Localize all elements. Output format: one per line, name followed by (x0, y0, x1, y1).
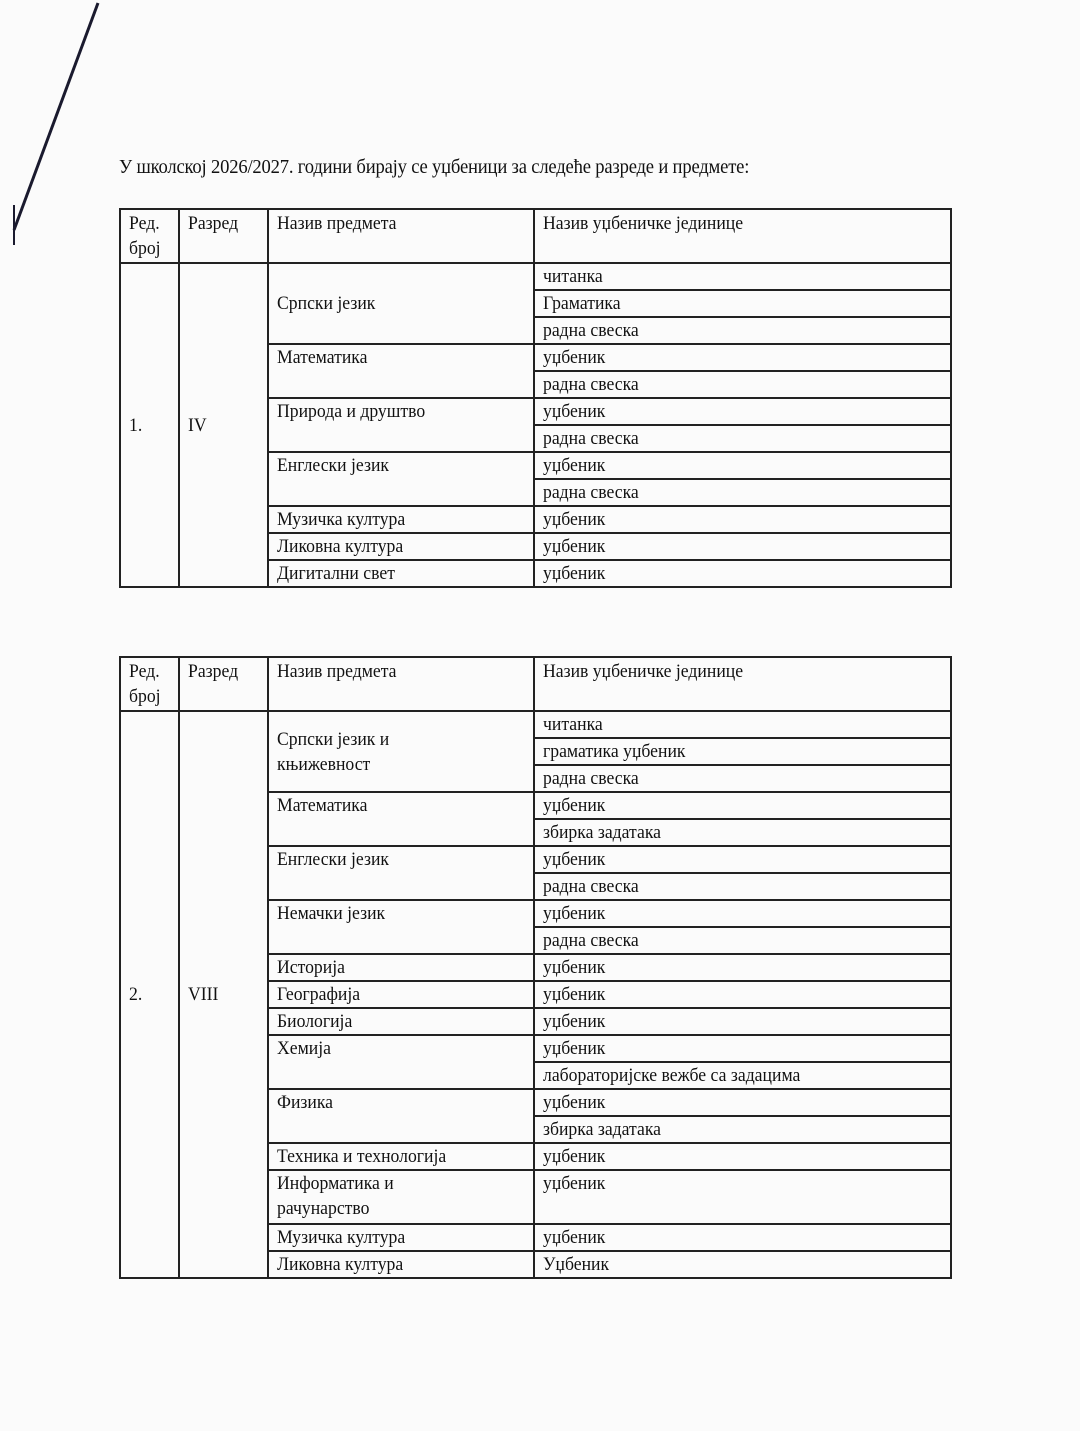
unit-name: уџбеник (543, 901, 605, 926)
subject-name: Ликовна култура (277, 534, 403, 559)
unit-cell: уџбеник (534, 1143, 951, 1170)
unit-cell: уџбеник (534, 1224, 951, 1251)
subject-cell: Хемија (268, 1035, 534, 1089)
unit-name: радна свеска (543, 426, 639, 451)
table-row: 2.VIIIСрпски језик икњижевностчитанка (120, 711, 951, 738)
subject-name: Музичка култура (277, 1225, 405, 1250)
unit-cell: радна свеска (534, 765, 951, 792)
subject-name: Дигитални свет (277, 561, 395, 586)
unit-name: радна свеска (543, 766, 639, 791)
textbook-table-grade-8: Ред.бројРазредНазив предметаНазив уџбени… (119, 656, 952, 1279)
unit-name: уџбеник (543, 1009, 605, 1034)
unit-cell: уџбеник (534, 344, 951, 371)
subject-cell: Ликовна култура (268, 533, 534, 560)
textbook-table-grade-4: Ред.бројРазредНазив предметаНазив уџбени… (119, 208, 952, 588)
unit-name: уџбеник (543, 561, 605, 586)
unit-name: радна свеска (543, 480, 639, 505)
subject-name: Природа и друштво (277, 399, 425, 424)
unit-cell: уџбеник (534, 452, 951, 479)
unit-cell: уџбеник (534, 1170, 951, 1224)
ordinal-number: 2. (129, 982, 142, 1007)
unit-cell: уџбеник (534, 1089, 951, 1116)
header-ordinal-line2: број (129, 684, 161, 709)
unit-name: уџбеник (543, 955, 605, 980)
unit-name: уџбеник (543, 847, 605, 872)
unit-name: уџбеник (543, 453, 605, 478)
grade-cell: IV (179, 263, 268, 587)
header-unit-label: Назив уџбеничке јединице (543, 659, 743, 684)
unit-name: уџбеник (543, 534, 605, 559)
unit-name: уџбеник (543, 1225, 605, 1250)
unit-name: радна свеска (543, 372, 639, 397)
subject-cell: Српски језик икњижевност (268, 711, 534, 792)
subject-cell: Енглески језик (268, 846, 534, 900)
unit-name: уџбеник (543, 1036, 605, 1061)
header-grade: Разред (179, 657, 268, 711)
subject-name: Хемија (277, 1036, 331, 1061)
pen-mark-line (0, 0, 120, 260)
header-subject: Назив предмета (268, 209, 534, 263)
header-subject-label: Назив предмета (277, 211, 397, 236)
unit-cell: уџбеник (534, 900, 951, 927)
subject-name-line2: рачунарство (277, 1196, 369, 1221)
unit-name: читанка (543, 712, 603, 737)
header-ordinal-line1: Ред. (129, 211, 160, 236)
table-row: 1.IVСрпски језикчитанка (120, 263, 951, 290)
unit-cell: збирка задатака (534, 1116, 951, 1143)
unit-name: уџбеник (543, 345, 605, 370)
unit-name: читанка (543, 264, 603, 289)
subject-cell: Дигитални свет (268, 560, 534, 587)
unit-name: уџбеник (543, 1090, 605, 1115)
subject-name-line2: књижевност (277, 752, 370, 777)
unit-name: уџбеник (543, 1144, 605, 1169)
ordinal-cell: 1. (120, 263, 179, 587)
unit-cell: збирка задатака (534, 819, 951, 846)
subject-name-line1: Информатика и (277, 1171, 394, 1196)
subject-name: Биологија (277, 1009, 352, 1034)
unit-cell: читанка (534, 263, 951, 290)
unit-cell: радна свеска (534, 371, 951, 398)
unit-name: збирка задатака (543, 1117, 661, 1142)
subject-cell: Српски језик (268, 263, 534, 344)
header-grade: Разред (179, 209, 268, 263)
subject-cell: Музичка култура (268, 1224, 534, 1251)
unit-cell: уџбеник (534, 560, 951, 587)
unit-name: уџбеник (543, 399, 605, 424)
header-grade-label: Разред (188, 211, 238, 236)
unit-name: лабораторијске вежбе са задацима (543, 1063, 800, 1088)
header-unit-label: Назив уџбеничке јединице (543, 211, 743, 236)
unit-cell: уџбеник (534, 954, 951, 981)
subject-name: Физика (277, 1090, 333, 1115)
subject-name: Историја (277, 955, 345, 980)
unit-cell: радна свеска (534, 927, 951, 954)
unit-name: граматика уџбеник (543, 739, 686, 764)
unit-name: уџбеник (543, 507, 605, 532)
header-subject: Назив предмета (268, 657, 534, 711)
subject-cell: Географија (268, 981, 534, 1008)
unit-name: уџбеник (543, 982, 605, 1007)
subject-cell: Техника и технологија (268, 1143, 534, 1170)
subject-cell: Енглески језик (268, 452, 534, 506)
unit-name: Уџбеник (543, 1252, 609, 1277)
subject-cell: Немачки језик (268, 900, 534, 954)
unit-cell: уџбеник (534, 398, 951, 425)
unit-name: радна свеска (543, 318, 639, 343)
header-unit: Назив уџбеничке јединице (534, 657, 951, 711)
header-grade-label: Разред (188, 659, 238, 684)
unit-cell: уџбеник (534, 846, 951, 873)
unit-name: радна свеска (543, 874, 639, 899)
unit-name: уџбеник (543, 1171, 605, 1196)
unit-cell: граматика уџбеник (534, 738, 951, 765)
subject-name: Математика (277, 793, 367, 818)
header-ordinal: Ред.број (120, 657, 179, 711)
subject-cell: Природа и друштво (268, 398, 534, 452)
subject-name: Ликовна култура (277, 1252, 403, 1277)
subject-name: Немачки језик (277, 901, 385, 926)
subject-cell: Ликовна култура (268, 1251, 534, 1278)
subject-cell: Историја (268, 954, 534, 981)
header-ordinal: Ред.број (120, 209, 179, 263)
grade-value: IV (188, 413, 207, 438)
unit-cell: радна свеска (534, 317, 951, 344)
unit-cell: радна свеска (534, 873, 951, 900)
subject-cell: Биологија (268, 1008, 534, 1035)
unit-cell: лабораторијске вежбе са задацима (534, 1062, 951, 1089)
ordinal-cell: 2. (120, 711, 179, 1278)
header-row: Ред.бројРазредНазив предметаНазив уџбени… (120, 209, 951, 263)
unit-cell: уџбеник (534, 981, 951, 1008)
subject-name: Музичка култура (277, 507, 405, 532)
subject-cell: Информатика ирачунарство (268, 1170, 534, 1224)
unit-cell: уџбеник (534, 506, 951, 533)
unit-cell: уџбеник (534, 533, 951, 560)
unit-name: радна свеска (543, 928, 639, 953)
unit-cell: Граматика (534, 290, 951, 317)
subject-name-line1: Српски језик и (277, 727, 389, 752)
subject-cell: Музичка култура (268, 506, 534, 533)
header-row: Ред.бројРазредНазив предметаНазив уџбени… (120, 657, 951, 711)
subject-cell: Математика (268, 792, 534, 846)
subject-name: Енглески језик (277, 453, 389, 478)
header-ordinal-line2: број (129, 236, 161, 261)
grade-value: VIII (188, 982, 218, 1007)
subject-name: Математика (277, 345, 367, 370)
unit-cell: уџбеник (534, 1035, 951, 1062)
grade-cell: VIII (179, 711, 268, 1278)
unit-cell: уџбеник (534, 792, 951, 819)
unit-cell: читанка (534, 711, 951, 738)
subject-name: Географија (277, 982, 360, 1007)
unit-cell: радна свеска (534, 479, 951, 506)
subject-cell: Физика (268, 1089, 534, 1143)
intro-text: У школској 2026/2027. години бирају се у… (119, 156, 749, 179)
header-ordinal-line1: Ред. (129, 659, 160, 684)
ordinal-number: 1. (129, 413, 142, 438)
subject-name: Енглески језик (277, 847, 389, 872)
unit-cell: радна свеска (534, 425, 951, 452)
header-unit: Назив уџбеничке јединице (534, 209, 951, 263)
subject-name: Српски језик (277, 291, 375, 316)
unit-name: Граматика (543, 291, 621, 316)
unit-name: збирка задатака (543, 820, 661, 845)
unit-cell: Уџбеник (534, 1251, 951, 1278)
unit-cell: уџбеник (534, 1008, 951, 1035)
subject-name: Техника и технологија (277, 1144, 446, 1169)
unit-name: уџбеник (543, 793, 605, 818)
header-subject-label: Назив предмета (277, 659, 397, 684)
subject-cell: Математика (268, 344, 534, 398)
